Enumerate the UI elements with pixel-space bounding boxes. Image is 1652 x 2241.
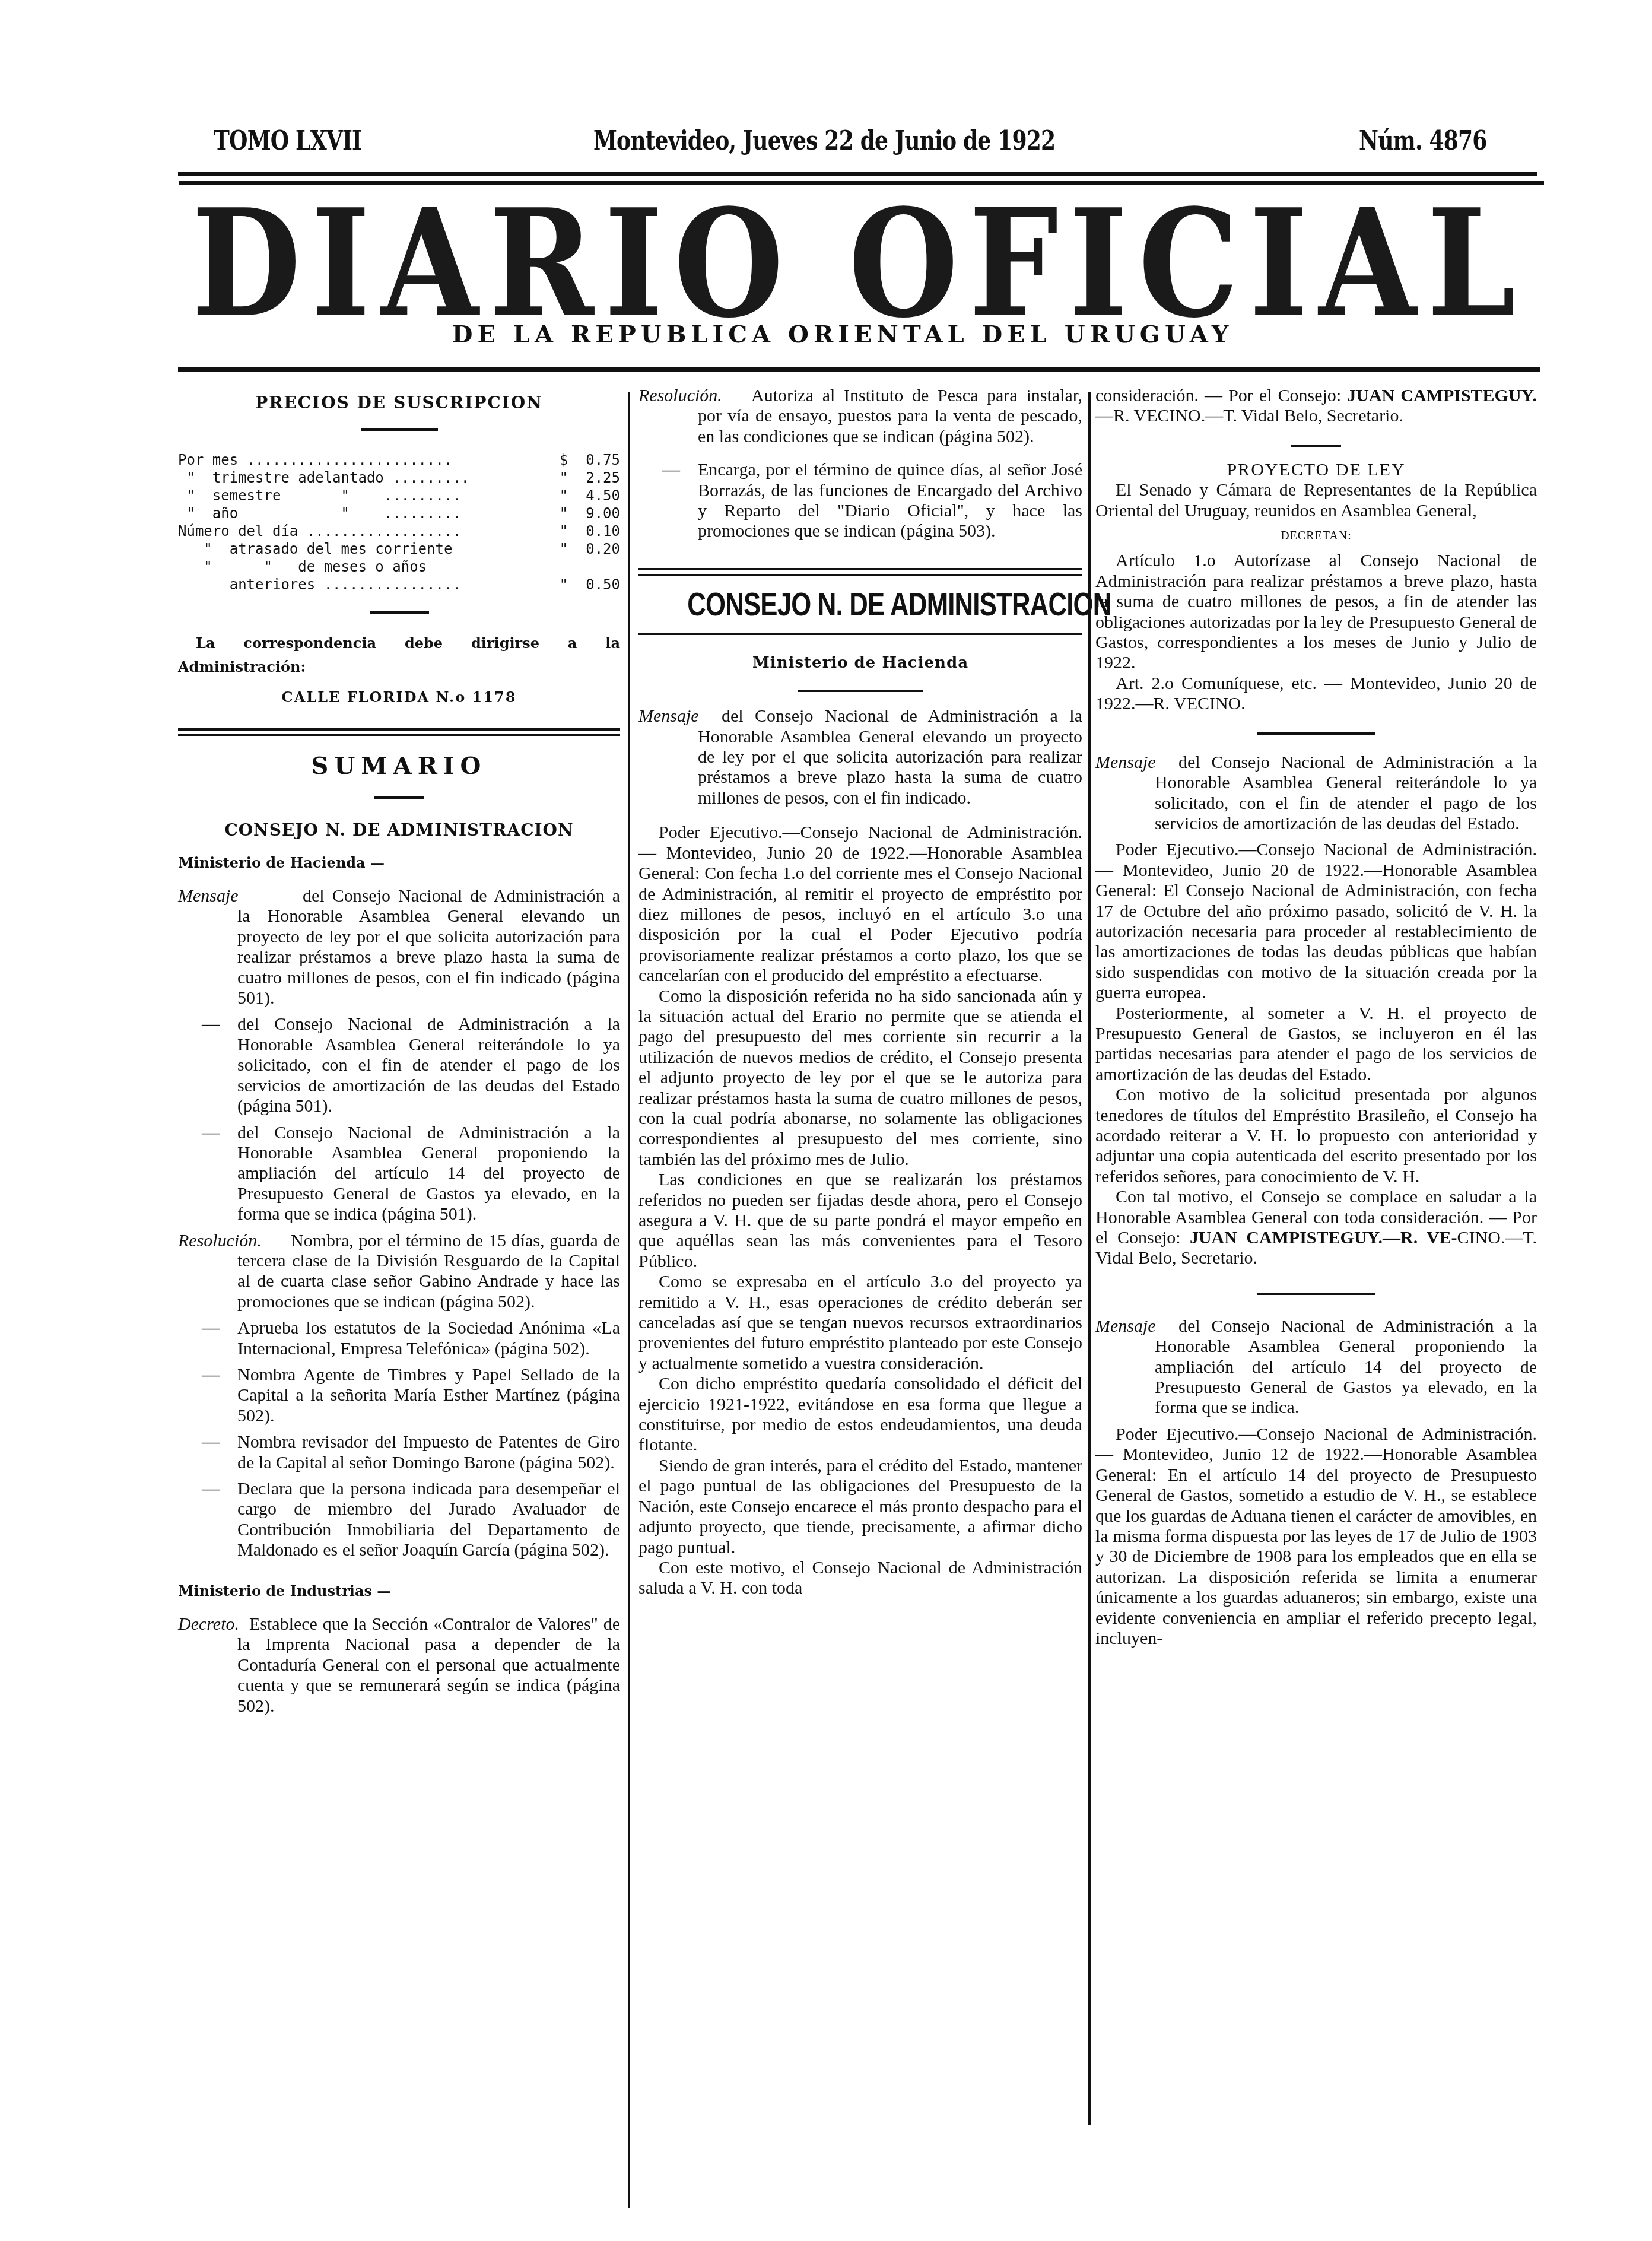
sumario-section: CONSEJO N. DE ADMINISTRACION	[178, 820, 620, 840]
message-paragraph: Con dicho empréstito quedaría consolidad…	[638, 1374, 1082, 1456]
divider	[1291, 445, 1341, 447]
sumario-entry: —del Consejo Nacional de Administración …	[178, 1014, 620, 1116]
divider	[1257, 1293, 1375, 1295]
message-paragraph: Siendo de gran interés, para el crédito …	[638, 1456, 1082, 1558]
divider	[361, 428, 438, 431]
message-paragraph: Las condiciones en que se realizarán los…	[638, 1170, 1082, 1272]
message-paragraph: Con este motivo, el Consejo Nacional de …	[638, 1558, 1082, 1599]
message-closing: consideración. — Por el Consejo: JUAN CA…	[1095, 386, 1537, 427]
masthead-topline: TOMO LXVII Montevideo, Jueves 22 de Juni…	[214, 126, 1519, 161]
sumario-entry: —del Consejo Nacional de Administración …	[178, 1123, 620, 1225]
correspondence-note: La correspondencia debe dirigirse a la A…	[178, 631, 620, 679]
sumario-entry: —Encarga, por el término de quince días,…	[638, 460, 1082, 542]
message-paragraph: Como la disposición referida no ha sido …	[638, 986, 1082, 1170]
masthead-rule-lower	[178, 367, 1540, 372]
double-rule	[178, 728, 620, 731]
newspaper-title: DIARIO OFICIAL	[178, 211, 1540, 316]
decree-word: DECRETAN:	[1095, 526, 1537, 546]
admin-address: CALLE FLORIDA N.o 1178	[178, 687, 620, 707]
price-row: " año " ........."9.00	[178, 504, 620, 522]
column-3: consideración. — Por el Consejo: JUAN CA…	[1095, 386, 1537, 1649]
price-row: anteriores ................"0.50	[178, 576, 620, 593]
sumario-entry: Resolución.Autoriza al Instituto de Pesc…	[638, 386, 1082, 447]
sumario-entry: —Nombra Agente de Timbres y Papel Sellad…	[178, 1365, 620, 1426]
subscription-heading: PRECIOS DE SUSCRIPCION	[178, 393, 620, 413]
double-rule	[638, 574, 1082, 576]
bill-preamble: El Senado y Cámara de Representantes de …	[1095, 480, 1537, 521]
volume-number: TOMO LXVII	[214, 126, 361, 156]
newspaper-subtitle: DE LA REPUBLICA ORIENTAL DEL URUGUAY	[368, 320, 1317, 348]
sumario-heading: SUMARIO	[178, 756, 620, 776]
message-summary: Mensajedel Consejo Nacional de Administr…	[638, 706, 1082, 808]
divider	[374, 796, 424, 799]
divider	[798, 690, 923, 692]
bill-article: Art. 2.o Comuníquese, etc. — Montevideo,…	[1095, 674, 1537, 715]
divider	[370, 611, 429, 614]
message-paragraph: Poder Ejecutivo.—Consejo Nacional de Adm…	[638, 823, 1082, 986]
sumario-entry: Resolución.Nombra, por el término de 15 …	[178, 1231, 620, 1313]
price-row: " " de meses o años	[178, 558, 620, 576]
section-heading: CONSEJO N. DE ADMINISTRACION	[687, 583, 1033, 626]
dateline: Montevideo, Jueves 22 de Junio de 1922	[593, 126, 1055, 156]
double-rule	[638, 568, 1082, 570]
issue-number: Núm. 4876	[1359, 126, 1487, 156]
sumario-entry: Decreto.Establece que la Sección «Contra…	[178, 1614, 620, 1716]
sumario-entry: —Declara que la persona indicada para de…	[178, 1479, 620, 1561]
column-divider-1	[628, 392, 630, 2208]
message-paragraph: Poder Ejecutivo.—Consejo Nacional de Adm…	[1095, 1424, 1537, 1649]
price-row: " trimestre adelantado ........."2.25	[178, 469, 620, 487]
message-paragraph: Como se expresaba en el artículo 3.o del…	[638, 1272, 1082, 1374]
ministry-heading: Ministerio de Hacienda	[638, 653, 1082, 673]
price-row: Número del día .................."0.10	[178, 522, 620, 540]
message-paragraph: Posteriormente, al someter a V. H. el pr…	[1095, 1004, 1537, 1085]
sumario-entry: —Nombra revisador del Impuesto de Patent…	[178, 1432, 620, 1473]
message-summary: Mensajedel Consejo Nacional de Administr…	[1095, 1316, 1537, 1418]
column-1: PRECIOS DE SUSCRIPCION Por mes .........…	[178, 386, 620, 1722]
sumario-entry: —Aprueba los estatutos de la Sociedad An…	[178, 1318, 620, 1359]
sumario-ministry-hacienda: Ministerio de Hacienda —	[178, 853, 620, 873]
sumario-ministry-industrias: Ministerio de Industrias —	[178, 1581, 620, 1601]
message-paragraph: Poder Ejecutivo.—Consejo Nacional de Adm…	[1095, 840, 1537, 1003]
price-row: Por mes ........................$0.75	[178, 451, 620, 469]
message-paragraph: Con motivo de la solicitud presentada po…	[1095, 1085, 1537, 1187]
bill-article: Artículo 1.o Autorízase al Consejo Nacio…	[1095, 551, 1537, 673]
message-closing: Con tal motivo, el Consejo se complace e…	[1095, 1187, 1537, 1269]
double-rule	[178, 734, 620, 736]
divider	[1257, 732, 1375, 735]
sumario-entry: Mensajedel Consejo Nacional de Administr…	[178, 886, 620, 1008]
subscription-price-table: Por mes ........................$0.75 " …	[178, 451, 620, 593]
rule	[638, 633, 1082, 635]
column-2: Resolución.Autoriza al Instituto de Pesc…	[638, 386, 1082, 1599]
message-summary: Mensajedel Consejo Nacional de Administr…	[1095, 753, 1537, 834]
bill-heading: PROYECTO DE LEY	[1095, 460, 1537, 480]
price-row: " semestre " ........."4.50	[178, 487, 620, 504]
price-row: " atrasado del mes corriente"0.20	[178, 540, 620, 558]
column-divider-2	[1088, 392, 1091, 2125]
